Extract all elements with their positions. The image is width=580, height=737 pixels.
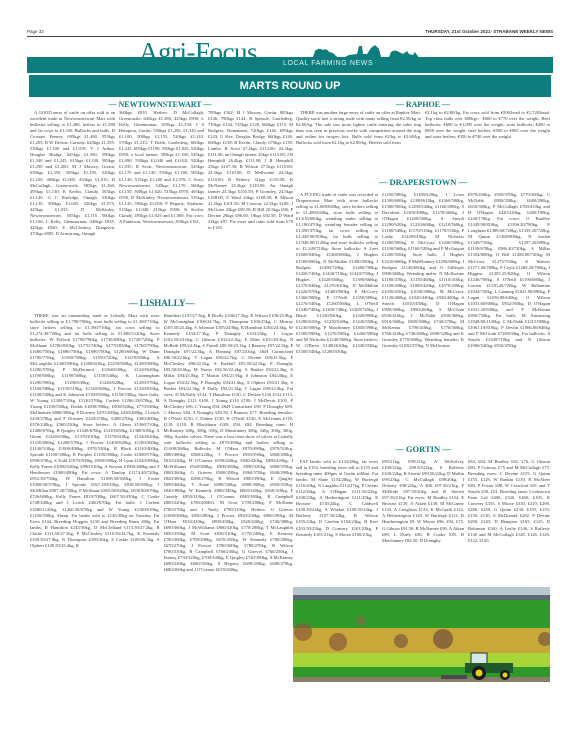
gortin-article: FAT lambs sold to £154/28kg, fat ewes se… [296,459,550,581]
article-text: A GOOD entry of cattle on offer sold to … [30,110,115,237]
article-column: €2.1kg to €2.80/kg. Fat cows sold from €… [425,110,550,166]
article-column: £99/21kg, £99/21kg, A McKelvey £100/21kg… [382,459,464,581]
masthead-tagline: LOCAL FARMING NEWS [283,60,373,67]
date-line: THURSDAY, 21st October 2021- STRABANE WE… [425,29,553,34]
page-header: Page 32 THURSDAY, 21st October 2021- STR… [27,29,553,37]
article-column: £1250/580kg, £1180/520kg, J Lowe £1390/6… [382,192,464,436]
masthead: Agri-Focus LOCAL FARMING NEWS [27,38,553,74]
article-column: £970/450kg, £930/370kg, £770/360kg, C Mc… [468,192,550,436]
article-text: THERE was another large entry of cattle … [296,110,421,146]
farm-skyline-icon [309,43,419,58]
section-title-gortin: — GORTIN — [296,444,550,454]
page-number: Page 32 [27,29,44,34]
article-text: £970/450kg, £930/370kg, £770/360kg, C Mc… [468,192,550,349]
lishally-article: THERE was an outstanding trade at Lishal… [30,313,293,707]
section-title-raphoe: — RAPHOE — [296,100,550,109]
article-text: £1250/580kg, £1180/520kg, J Lowe £1390/6… [382,192,464,349]
article-text: THERE was an outstanding trade at Lishal… [30,313,160,549]
draperstown-article: A FLYING trade of cattle was recorded at… [296,192,550,436]
section-title-lishally: — LISHALLY— [30,298,293,308]
article-text: £84, £84, M Bradley £82, £76, G Gibson £… [468,459,550,544]
article-column: A FLYING trade of cattle was recorded at… [296,192,378,436]
article-column: THERE was an outstanding trade at Lishal… [30,313,160,707]
tractor-field-photo [293,587,550,682]
article-text: 785kgs £162; M J Mossey, Gortin, 805kgs … [208,110,293,231]
article-column: 360kgs £810. Heifers: D McCullagh, Green… [119,110,204,290]
section-title-draperstown: — DRAPERSTOWN — [296,177,550,187]
raphoe-article: THERE was another large entry of cattle … [296,110,550,166]
article-text: A FLYING trade of cattle was recorded at… [296,192,378,355]
article-text: 360kgs £810. Heifers: D McCullagh, Green… [119,110,204,225]
section-title-newtownstewart: — NEWTOWNSTEWART — [30,100,290,109]
article-column: A GOOD entry of cattle on offer sold to … [30,110,115,290]
article-column: FAT lambs sold to £154/28kg, fat ewes se… [296,459,378,581]
tractor-photo-image [293,587,550,682]
article-text: £99/21kg, £99/21kg, A McKelvey £100/21kg… [382,459,464,544]
article-column: 785kgs £162; M J Mossey, Gortin, 805kgs … [208,110,293,290]
newtownstewart-article: A GOOD entry of cattle on offer sold to … [30,110,293,290]
article-text: FAT lambs sold to £154/28kg, fat ewes se… [296,459,378,538]
article-text: Hamilton £107/27.5kg, R Brolly £106/27.5… [164,313,294,573]
article-column: Hamilton £107/27.5kg, R Brolly £106/27.5… [164,313,294,707]
marts-banner: MARTS ROUND UP [29,75,551,97]
masthead-logo: Agri-Focus [139,38,257,66]
article-column: THERE was another large entry of cattle … [296,110,421,166]
article-column: £84, £84, M Bradley £82, £76, G Gibson £… [468,459,550,581]
article-text: €2.1kg to €2.80/kg. Fat cows sold from €… [425,110,550,140]
